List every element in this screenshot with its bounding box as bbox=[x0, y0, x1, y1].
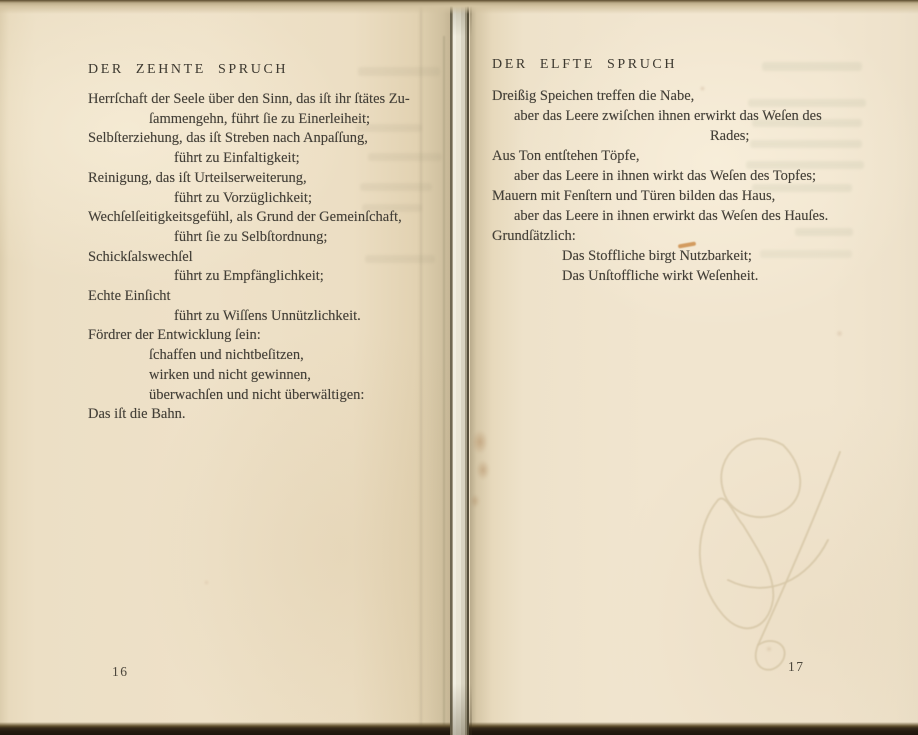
poem-line: führt zu Einfaltigkeit; bbox=[174, 149, 452, 169]
poem-line: Das Stoffliche birgt Nutzbarkeit; bbox=[562, 246, 898, 266]
poem-line: Das iſt die Bahn. bbox=[88, 405, 452, 425]
poem-line: wirken und nicht gewinnen, bbox=[149, 366, 452, 386]
poem-line: Das Unſtoffliche wirkt Weſenheit. bbox=[562, 266, 898, 286]
poem-line: Echte Einſicht bbox=[88, 287, 452, 307]
poem-line: Reinigung, das iſt Urteilserweiterung, bbox=[88, 169, 452, 189]
show-through-mark bbox=[762, 62, 862, 71]
poem-line: aber das Leere in ihnen erwirkt das Weſe… bbox=[514, 206, 898, 226]
page-right: DER ELFTE SPRUCH Dreißig Speichen treffe… bbox=[470, 0, 918, 735]
poem-line: Wechſelſeitigkeitsgefühl, als Grund der … bbox=[88, 208, 452, 228]
poem-line: ſammengehn, führt ſie zu Einerleiheit; bbox=[149, 110, 452, 130]
left-page-heading: DER ZEHNTE SPRUCH bbox=[88, 62, 288, 78]
book-gutter-fold bbox=[450, 0, 472, 735]
right-page-heading: DER ELFTE SPRUCH bbox=[492, 57, 677, 73]
embossed-mark bbox=[688, 430, 858, 680]
poem-line: Dreißig Speichen treffen die Nabe, bbox=[492, 86, 898, 106]
show-through-mark bbox=[358, 67, 440, 76]
poem-line: Selbſterziehung, das iſt Streben nach An… bbox=[88, 129, 452, 149]
book-spread-photo: DER ZEHNTE SPRUCH Herrſchaft der Seele ü… bbox=[0, 0, 918, 735]
poem-line: führt ſie zu Selbſtordnung; bbox=[174, 228, 452, 248]
poem-line: Mauern mit Fenſtern und Türen bilden das… bbox=[492, 186, 898, 206]
poem-line: führt zu Empfänglichkeit; bbox=[174, 267, 452, 287]
left-page-number: 16 bbox=[112, 664, 129, 680]
poem-line: Grundſätzlich: bbox=[492, 226, 898, 246]
right-page-poem: Dreißig Speichen treffen die Nabe,aber d… bbox=[492, 86, 898, 286]
poem-line: ſchaffen und nichtbeſitzen, bbox=[149, 346, 452, 366]
page-left: DER ZEHNTE SPRUCH Herrſchaft der Seele ü… bbox=[0, 0, 452, 735]
left-page-poem: Herrſchaft der Seele über den Sinn, das … bbox=[88, 90, 452, 425]
poem-line: aber das Leere in ihnen wirkt das Weſen … bbox=[514, 166, 898, 186]
poem-line: aber das Leere zwiſchen ihnen erwirkt da… bbox=[514, 106, 898, 126]
poem-line: überwachſen und nicht überwältigen: bbox=[149, 386, 452, 406]
poem-line: Schickſalswechſel bbox=[88, 248, 452, 268]
right-page-number: 17 bbox=[788, 659, 805, 675]
poem-line: Herrſchaft der Seele über den Sinn, das … bbox=[88, 90, 452, 110]
poem-line: führt zu Wiſſens Unnützlichkeit. bbox=[174, 307, 452, 327]
poem-line: Fördrer der Entwicklung ſein: bbox=[88, 326, 452, 346]
poem-line: führt zu Vorzüglichkeit; bbox=[174, 189, 452, 209]
poem-line: Rades; bbox=[710, 126, 898, 146]
poem-line: Aus Ton entſtehen Töpfe, bbox=[492, 146, 898, 166]
